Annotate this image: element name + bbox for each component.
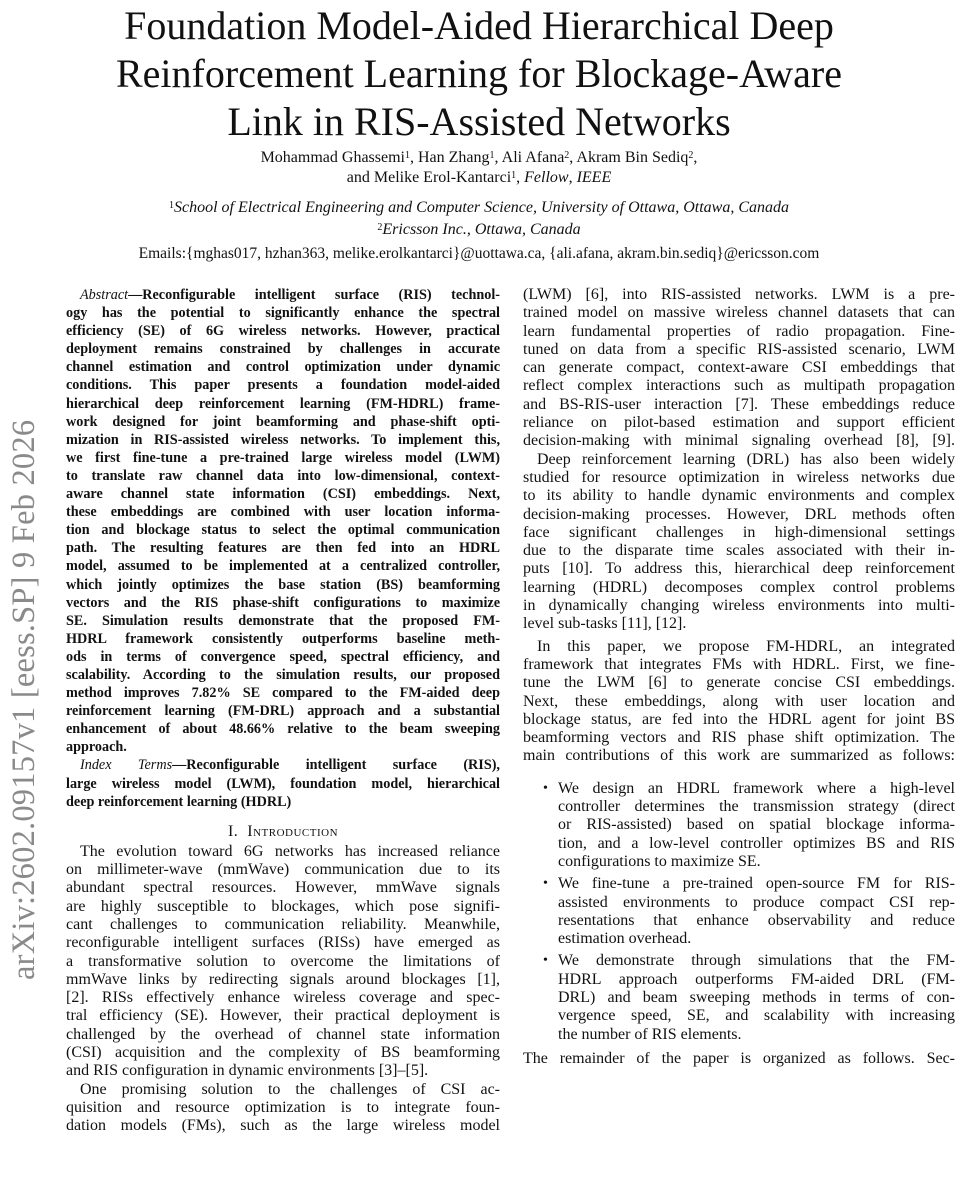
body-line: cant challenges to communication reliabi… [66, 916, 500, 934]
affiliation-marker: 1 [490, 150, 495, 161]
body-line: decision-making with minimal signaling o… [523, 432, 955, 450]
body-line: main contributions of this work are summ… [523, 747, 955, 765]
index-terms: Index Terms—Reconfigurable intelligent s… [66, 756, 500, 810]
body-line: a transformative solution to overcome th… [66, 953, 500, 971]
body-line: quisition and resource optimization is t… [66, 1099, 500, 1117]
abstract-line: ogy has the potential to significantly e… [66, 304, 500, 322]
body-line: the number of RIS elements. [558, 1026, 955, 1044]
abstract-line: efficiency (SE) of 6G wireless networks.… [66, 322, 500, 340]
body-line: One promising solution to the challenges… [66, 1081, 500, 1099]
abstract-line: channel estimation and control optimizat… [66, 358, 500, 376]
body-line: configurations to maximize SE. [558, 853, 955, 871]
body-line: resentations that enhance observability … [558, 912, 955, 930]
body-line: reliance on pilot-based estimation and s… [523, 414, 955, 432]
abstract-line: tion and blockage status to select the o… [66, 521, 500, 539]
body-line: DRL) and beam sweeping methods in terms … [558, 989, 955, 1007]
body-line: and RIS configuration in dynamic environ… [66, 1062, 500, 1080]
abstract-line: to translate raw channel data into low-d… [66, 467, 500, 485]
body-line: learn fundamental properties of radio pr… [523, 323, 955, 341]
body-line: assisted environments to produce compact… [558, 894, 955, 912]
abstract-line: deployment remains constrained by challe… [66, 340, 500, 358]
paragraph-proposal: In this paper, we propose FM-HDRL, an in… [523, 638, 955, 766]
contributions-list: • We design an HDRL framework where a hi… [523, 780, 955, 1044]
body-line: to its ability to handle dynamic environ… [523, 487, 955, 505]
body-line: (CSI) acquisition and the complexity of … [66, 1044, 500, 1062]
title-line-1: Foundation Model-Aided Hierarchical Deep [0, 2, 958, 50]
author-name: Ali Afana [502, 149, 565, 166]
author-name: Akram Bin Sediq [576, 149, 688, 166]
affiliation-text: Ericsson Inc., Ottawa, Canada [382, 221, 580, 238]
body-line: on millimeter-wave (mmWave) communicatio… [66, 861, 500, 879]
body-line: mmWave links by redirecting signals arou… [66, 971, 500, 989]
author-name: Mohammad Ghassemi [261, 149, 405, 166]
author-name: Han Zhang [418, 149, 490, 166]
paragraph-drl: Deep reinforcement learning (DRL) has al… [523, 451, 955, 634]
list-item: • We design an HDRL framework where a hi… [523, 780, 955, 871]
author-line-1: Mohammad Ghassemi1, Han Zhang1, Ali Afan… [0, 148, 958, 168]
paper-title: Foundation Model-Aided Hierarchical Deep… [0, 2, 958, 146]
body-line: tral efficiency (SE). However, their pra… [66, 1007, 500, 1025]
body-line: framework that integrates FMs with HDRL.… [523, 656, 955, 674]
author-organization: IEEE [577, 169, 612, 186]
title-line-3: Link in RIS-Assisted Networks [0, 98, 958, 146]
affiliation-text: School of Electrical Engineering and Com… [174, 199, 789, 216]
body-line: controller determines the transmission s… [558, 798, 955, 816]
abstract-line: we first fine-tune a pre-trained large w… [66, 449, 500, 467]
affiliation-marker: 2 [377, 222, 382, 233]
body-line: trained model on massive wireless channe… [523, 304, 955, 322]
body-line: tion, and a low-level controller optimiz… [558, 835, 955, 853]
index-terms-line: Index Terms—Reconfigurable intelligent s… [66, 756, 500, 774]
body-line: learning (HDRL) decomposes complex contr… [523, 579, 955, 597]
abstract-line: work designed for joint beamforming and … [66, 413, 500, 431]
abstract-line: model, assumed to be implemented at a ce… [66, 557, 500, 575]
abstract-line: aware channel state information (CSI) em… [66, 485, 500, 503]
body-line: [2]. RISs effectively enhance wireless c… [66, 989, 500, 1007]
abstract-line: these embeddings are combined with user … [66, 503, 500, 521]
body-line: in dynamically changing wireless environ… [523, 597, 955, 615]
body-line: dation models (FMs), such as the large w… [66, 1117, 500, 1135]
affiliation-2: 2Ericsson Inc., Ottawa, Canada [0, 220, 958, 240]
body-line: studied for resource optimization in wir… [523, 469, 955, 487]
section-title: Introduction [247, 823, 338, 840]
body-line: We design an HDRL framework where a high… [558, 780, 955, 798]
affiliation-marker: 1 [511, 170, 516, 181]
body-line: abundant spectral resources. However, mm… [66, 879, 500, 897]
body-line: face significant challenges in high-dime… [523, 524, 955, 542]
abstract-dash: — [128, 287, 142, 303]
body-line: reconfigurable intelligent surfaces (RIS… [66, 934, 500, 952]
body-line: challenged by the overhead of channel st… [66, 1026, 500, 1044]
body-line: or RIS-assisted) based on spatial blocka… [558, 816, 955, 834]
title-line-2: Reinforcement Learning for Blockage-Awar… [0, 50, 958, 98]
body-line: (LWM) [6], into RIS-assisted networks. L… [523, 286, 955, 304]
body-line: are highly susceptible to blockages, whi… [66, 898, 500, 916]
abstract-line: HDRL framework consistently outperforms … [66, 630, 500, 648]
body-line: level sub-tasks [11], [12]. [523, 615, 955, 633]
abstract-line: SE. Simulation results demonstrate that … [66, 612, 500, 630]
index-terms-line: deep reinforcement learning (HDRL) [66, 793, 500, 811]
body-line: The evolution toward 6G networks has inc… [66, 843, 500, 861]
abstract-line: ods in terms of convergence speed, spect… [66, 648, 500, 666]
body-line: reflect complex interactions such as mul… [523, 377, 955, 395]
right-column: (LWM) [6], into RIS-assisted networks. L… [523, 286, 955, 1068]
body-line: vergence speed, SE, and scalability with… [558, 1007, 955, 1025]
author-name: Melike Erol-Kantarci [374, 169, 511, 186]
author-conjunction: and [347, 169, 374, 186]
body-line: The remainder of the paper is organized … [523, 1050, 955, 1068]
body-line: In this paper, we propose FM-HDRL, an in… [523, 638, 955, 656]
list-spacer [523, 766, 955, 780]
author-emails: Emails:{mghas017, hzhan363, melike.erolk… [0, 244, 958, 264]
abstract-line: scalability. According to the simulation… [66, 666, 500, 684]
body-line: We demonstrate through simulations that … [558, 952, 955, 970]
author-membership: Fellow [524, 169, 568, 186]
abstract-line: vectors and the RIS phase-shift configur… [66, 594, 500, 612]
paragraph-lwm: (LWM) [6], into RIS-assisted networks. L… [523, 286, 955, 451]
affiliation-marker: 1 [169, 200, 174, 211]
abstract: Abstract—Reconfigurable intelligent surf… [66, 286, 500, 756]
body-line: due to the disparate time scales associa… [523, 542, 955, 560]
list-item: • We fine-tune a pre-trained open-source… [523, 875, 955, 948]
body-line: beamforming vectors and RIS phase shift … [523, 729, 955, 747]
body-line: estimation overhead. [558, 930, 955, 948]
index-terms-text: Reconfigurable intelligent surface (RIS)… [186, 757, 500, 773]
body-line: blockage status, are fed into the HDRL a… [523, 711, 955, 729]
body-line: Next, these embeddings, along with user … [523, 693, 955, 711]
body-line: can generate compact, context-aware CSI … [523, 359, 955, 377]
author-line-2: and Melike Erol-Kantarci1, Fellow, IEEE [0, 168, 958, 188]
arxiv-identifier-stamp: arXiv:2602.09157v1 [eess.SP] 9 Feb 2026 [6, 420, 43, 980]
abstract-line: hierarchical deep reinforcement learning… [66, 395, 500, 413]
body-line: puts [10]. To address this, hierarchical… [523, 560, 955, 578]
abstract-line: approach. [66, 738, 500, 756]
section-number: I. [228, 823, 238, 840]
bullet-icon: • [543, 780, 548, 798]
section-heading-introduction: I. Introduction [66, 821, 500, 843]
body-line: decision-making processes. However, DRL … [523, 506, 955, 524]
abstract-line: conditions. This paper presents a founda… [66, 376, 500, 394]
index-terms-label: Index Terms [80, 757, 172, 773]
index-terms-line: large wireless model (LWM), foundation m… [66, 775, 500, 793]
affiliation-marker: 2 [564, 150, 569, 161]
list-item: • We demonstrate through simulations tha… [523, 952, 955, 1043]
body-line: We fine-tune a pre-trained open-source F… [558, 875, 955, 893]
introduction-body: The evolution toward 6G networks has inc… [66, 843, 500, 1136]
affiliation-marker: 2 [688, 150, 693, 161]
author-list: Mohammad Ghassemi1, Han Zhang1, Ali Afan… [0, 148, 958, 188]
bullet-icon: • [543, 952, 548, 970]
body-line: Deep reinforcement learning (DRL) has al… [523, 451, 955, 469]
abstract-line: which jointly optimizes the base station… [66, 576, 500, 594]
abstract-line: method improves 7.82% SE compared to the… [66, 684, 500, 702]
body-line: tuned on data from a specific RIS-assist… [523, 341, 955, 359]
abstract-line: reinforcement learning (FM-DRL) approach… [66, 702, 500, 720]
affiliation-marker: 1 [405, 150, 410, 161]
abstract-line: enhancement of about 48.66% relative to … [66, 720, 500, 738]
body-line: HDRL approach outperforms FM-aided DRL (… [558, 971, 955, 989]
bullet-icon: • [543, 875, 548, 893]
left-column: Abstract—Reconfigurable intelligent surf… [66, 286, 500, 1135]
abstract-line: Abstract—Reconfigurable intelligent surf… [66, 286, 500, 304]
body-line: tune the LWM [6] to generate concise CSI… [523, 674, 955, 692]
abstract-line: path. The resulting features are then fe… [66, 539, 500, 557]
body-line: and BS-RIS-user interaction [7]. These e… [523, 396, 955, 414]
abstract-line: mization in RIS-assisted wireless networ… [66, 431, 500, 449]
affiliation-1: 1School of Electrical Engineering and Co… [0, 198, 958, 218]
abstract-text: Reconfigurable intelligent surface (RIS)… [142, 287, 500, 303]
abstract-label: Abstract [80, 287, 128, 303]
index-terms-dash: — [172, 757, 186, 773]
